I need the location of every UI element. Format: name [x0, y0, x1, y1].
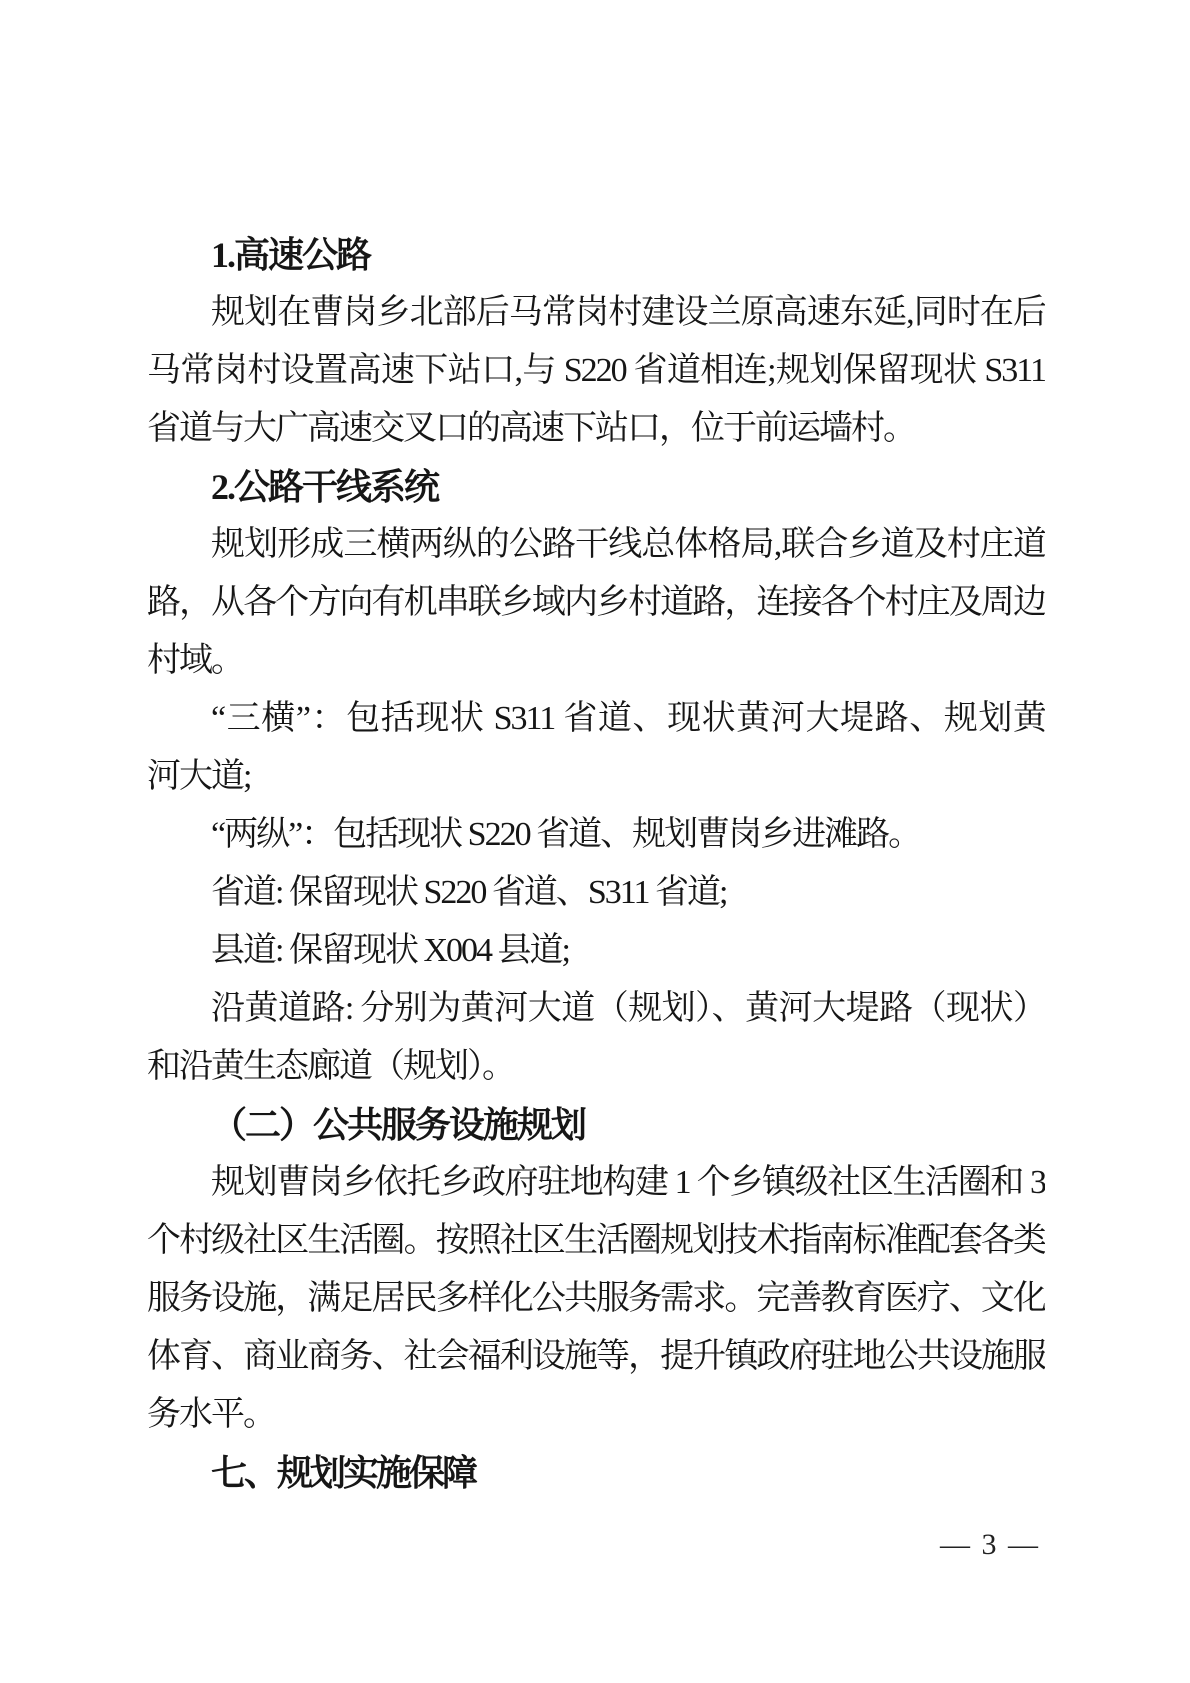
text-line: 务水平。	[147, 1386, 1045, 1444]
document-page: 1.高速公路规划在曹岗乡北部后马常岗村建设兰原高速东延,同时在后马常岗村设置高速…	[0, 0, 1190, 1683]
text-line: 规划曹岗乡依托乡政府驻地构建 1 个乡镇级社区生活圈和 3	[147, 1154, 1045, 1212]
text-line: “两纵”：包括现状 S220 省道、规划曹岗乡进滩路。	[147, 806, 1045, 864]
section-heading: 1.高速公路	[147, 226, 1045, 284]
text-line: 路，从各个方向有机串联乡域内乡村道路，连接各个村庄及周边	[147, 574, 1045, 632]
section-heading: 2.公路干线系统	[147, 458, 1045, 516]
text-line: 省道: 保留现状 S220 省道、S311 省道;	[147, 864, 1045, 922]
text-line: “三横”：包括现状 S311 省道、现状黄河大堤路、规划黄	[147, 690, 1045, 748]
text-line: 村域。	[147, 632, 1045, 690]
text-line: 马常岗村设置高速下站口,与 S220 省道相连;规划保留现状 S311	[147, 342, 1045, 400]
text-line: 沿黄道路: 分别为黄河大道（规划）、黄河大堤路（现状）	[147, 980, 1045, 1038]
text-line: 体育、商业商务、社会福利设施等，提升镇政府驻地公共设施服	[147, 1328, 1045, 1386]
section-heading: 七、规划实施保障	[147, 1444, 1045, 1502]
text-line: 规划形成三横两纵的公路干线总体格局,联合乡道及村庄道	[147, 516, 1045, 574]
section-heading: （二）公共服务设施规划	[147, 1096, 1045, 1154]
text-line: 规划在曹岗乡北部后马常岗村建设兰原高速东延,同时在后	[147, 284, 1045, 342]
text-line: 个村级社区生活圈。按照社区生活圈规划技术指南标准配套各类	[147, 1212, 1045, 1270]
text-line: 县道: 保留现状 X004 县道;	[147, 922, 1045, 980]
page-number: — 3 —	[940, 1528, 1040, 1562]
text-line: 省道与大广高速交叉口的高速下站口，位于前运墙村。	[147, 400, 1045, 458]
text-line: 服务设施，满足居民多样化公共服务需求。完善教育医疗、文化	[147, 1270, 1045, 1328]
text-line: 和沿黄生态廊道（规划）。	[147, 1038, 1045, 1096]
document-body: 1.高速公路规划在曹岗乡北部后马常岗村建设兰原高速东延,同时在后马常岗村设置高速…	[147, 226, 1045, 1502]
text-line: 河大道;	[147, 748, 1045, 806]
